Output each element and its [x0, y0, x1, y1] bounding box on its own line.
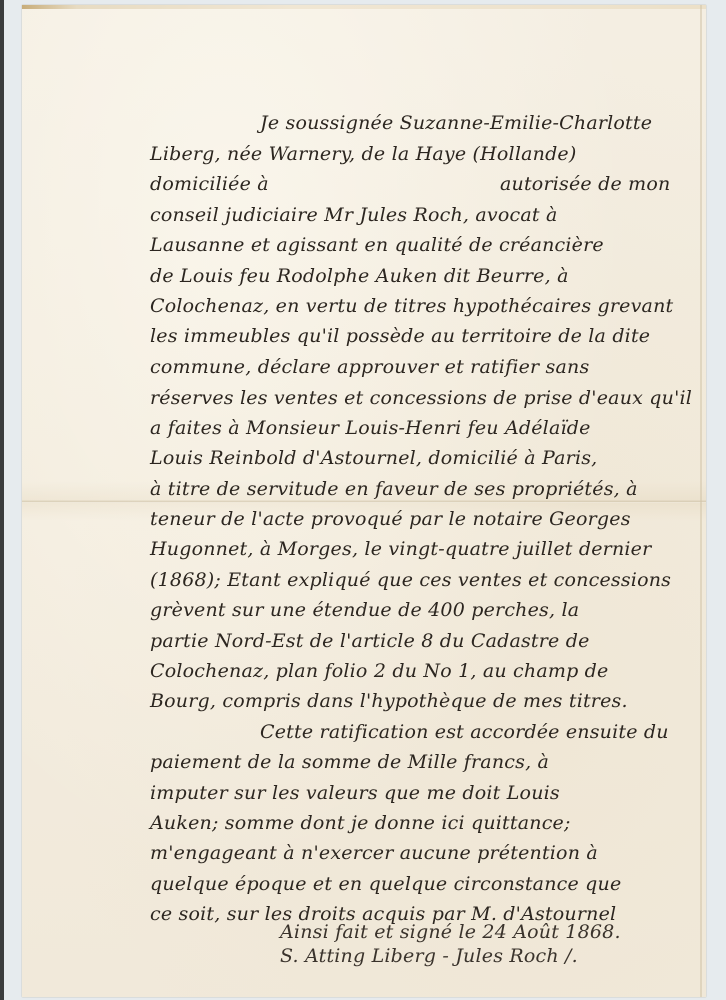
- text-line: a faites à Monsieur Louis-Henri feu Adél…: [150, 419, 591, 438]
- text-line: Je soussignée Suzanne-Emilie-Charlotte: [260, 114, 652, 133]
- text-line: commune, déclare approuver et ratifier s…: [150, 358, 589, 377]
- text-line: Louis Reinbold d'Astournel, domicilié à …: [150, 449, 597, 468]
- text-line: Colochenaz, en vertu de titres hypothéca…: [150, 297, 673, 316]
- text-line: partie Nord-Est de l'article 8 du Cadast…: [150, 632, 590, 651]
- text-line: Lausanne et agissant en qualité de créan…: [150, 236, 604, 255]
- text-line: autorisée de mon: [500, 175, 670, 194]
- text-line: Cette ratification est accordée ensuite …: [260, 723, 669, 742]
- scanner-backdrop-edge: [0, 0, 4, 1000]
- text-line: Auken; somme dont je donne ici quittance…: [150, 814, 571, 833]
- text-line: réserves les ventes et concessions de pr…: [150, 389, 692, 408]
- paper-fold-horizontal: [22, 500, 706, 503]
- text-line: Colochenaz, plan folio 2 du No 1, au cha…: [150, 662, 609, 681]
- text-line: Liberg, née Warnery, de la Haye (Holland…: [150, 145, 577, 164]
- text-line: Bourg, compris dans l'hypothèque de mes …: [150, 692, 628, 711]
- text-line: paiement de la somme de Mille francs, à: [150, 753, 549, 772]
- document-page: Je soussignée Suzanne-Emilie-Charlotte L…: [22, 5, 706, 997]
- closing-line: Ainsi fait et signé le 24 Août 1868.: [280, 923, 621, 942]
- text-line: grèvent sur une étendue de 400 perches, …: [150, 601, 579, 620]
- text-line: à titre de servitude en faveur de ses pr…: [150, 480, 638, 499]
- text-line: conseil judiciaire Mr Jules Roch, avocat…: [150, 206, 557, 225]
- text-line: Hugonnet, à Morges, le vingt-quatre juil…: [150, 540, 651, 559]
- text-line: les immeubles qu'il possède au territoir…: [150, 327, 650, 346]
- text-line: de Louis feu Rodolphe Auken dit Beurre, …: [150, 267, 569, 286]
- text-line: teneur de l'acte provoqué par le notaire…: [150, 510, 631, 529]
- signature-line: S. Atting Liberg - Jules Roch /.: [280, 947, 578, 966]
- text-line: m'engageant à n'exercer aucune prétentio…: [150, 844, 598, 863]
- text-line: imputer sur les valeurs que me doit Loui…: [150, 784, 560, 803]
- paper-fold-vertical: [700, 5, 702, 997]
- text-line: quelque époque et en quelque circonstanc…: [150, 875, 621, 894]
- text-line: domiciliée à: [150, 175, 269, 194]
- text-line: (1868); Etant expliqué que ces ventes et…: [150, 571, 671, 590]
